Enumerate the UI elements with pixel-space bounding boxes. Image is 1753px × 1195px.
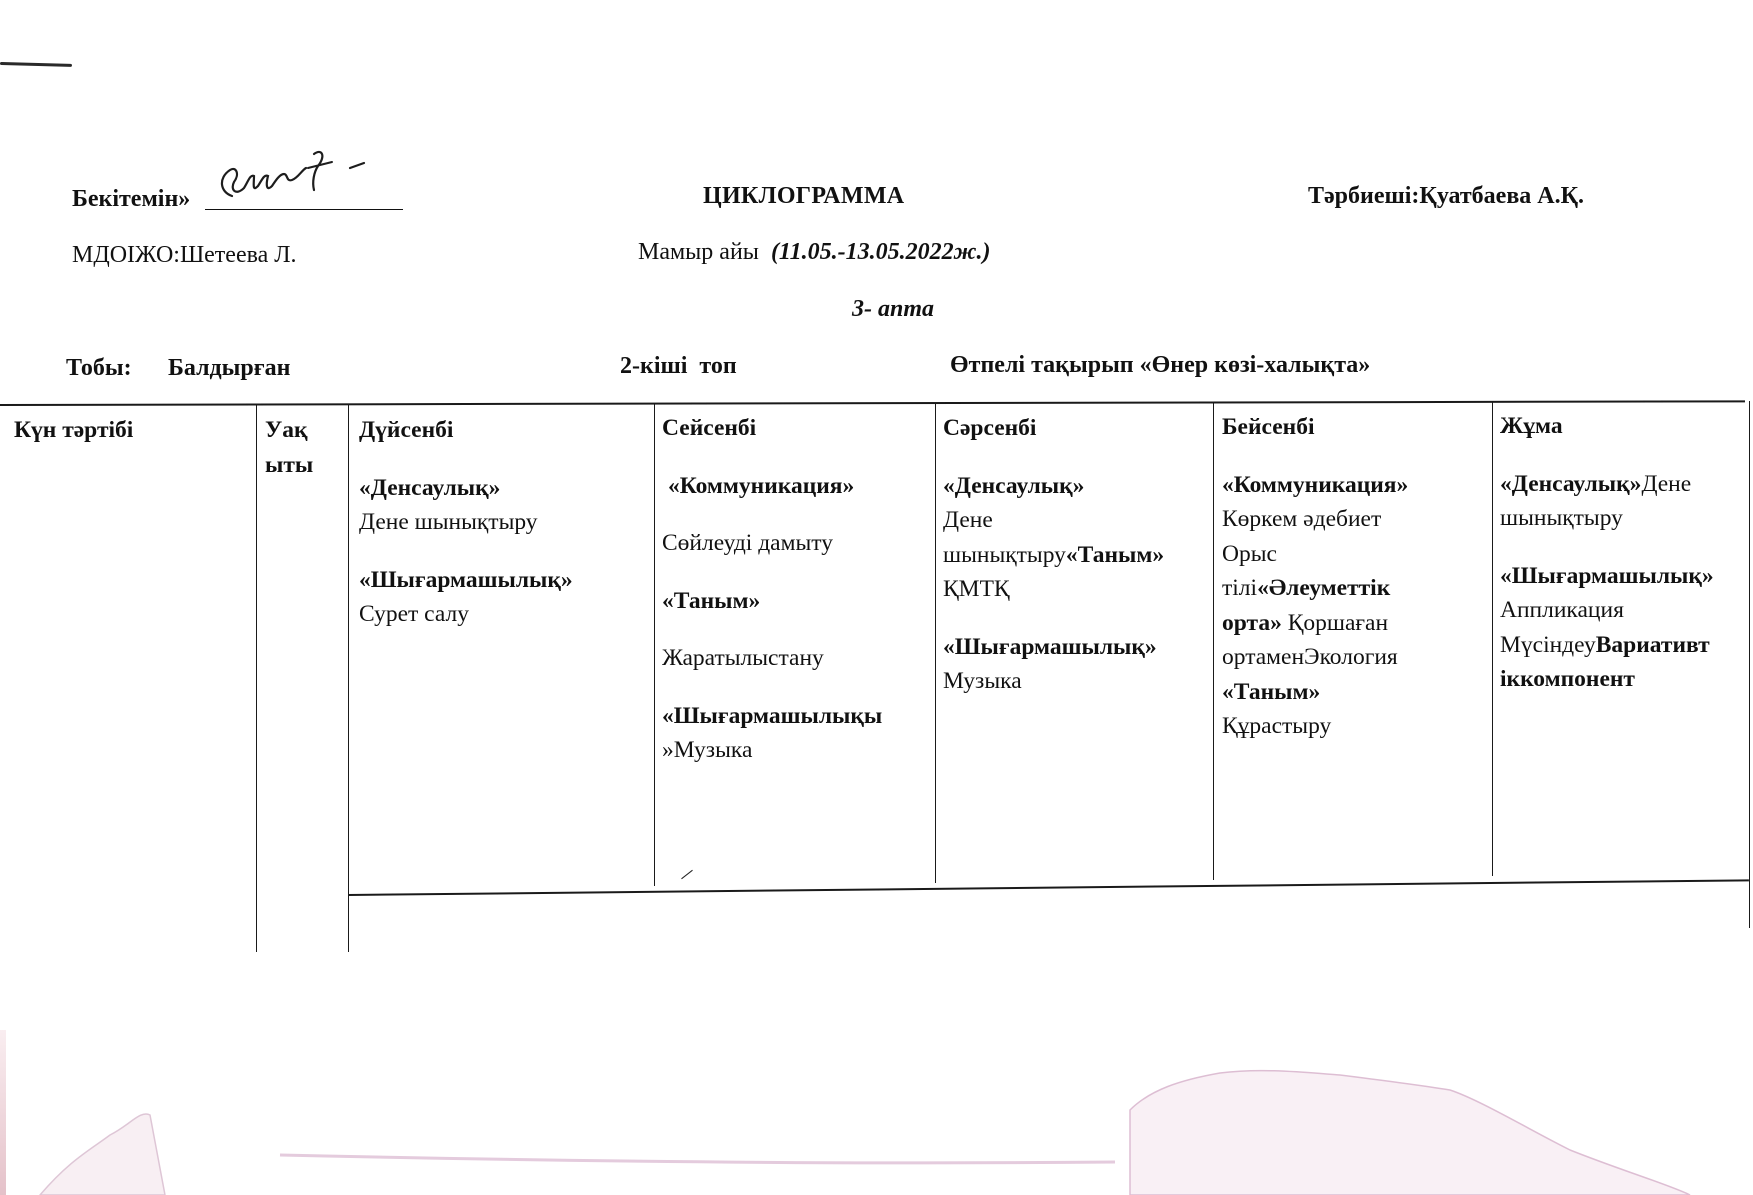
scan-stain — [0, 0, 1753, 1195]
